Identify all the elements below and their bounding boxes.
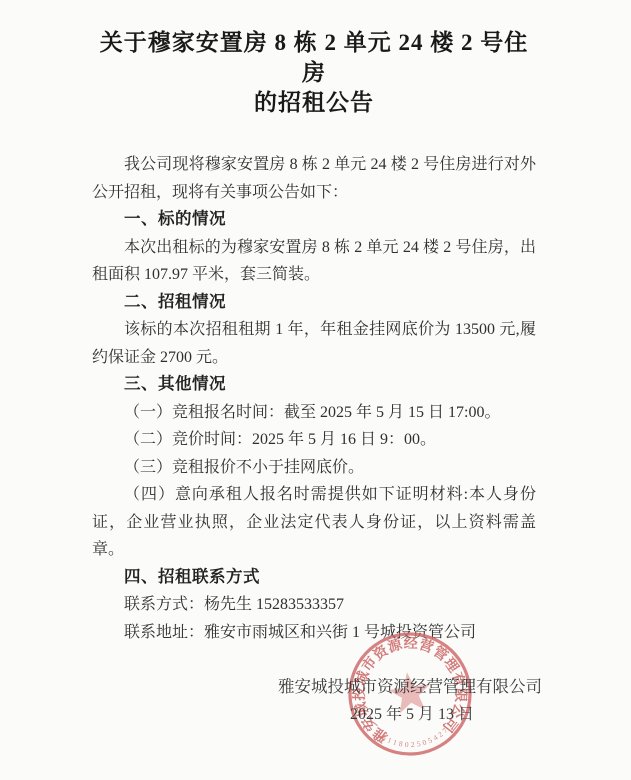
seal-serial-number: 511802505427 [379, 724, 453, 754]
page-title: 关于穆家安置房 8 栋 2 单元 24 楼 2 号住房 的招租公告 [92, 28, 536, 118]
announcement-document: 关于穆家安置房 8 栋 2 单元 24 楼 2 号住房 的招租公告 我公司现将穆… [0, 0, 631, 780]
contact-address-line: 联系地址：雅安市雨城区和兴街 1 号城投资管公司 [92, 619, 536, 647]
contact-phone-line: 联系方式：杨先生 15283533357 [92, 591, 536, 619]
intro-paragraph: 我公司现将穆家安置房 8 栋 2 单元 24 楼 2 号住房进行对外公开招租，现… [92, 151, 536, 206]
section-1-heading: 一、标的情况 [92, 206, 536, 234]
section-4-heading: 四、招租联系方式 [92, 564, 536, 592]
section-2-heading: 二、招租情况 [92, 289, 536, 317]
section-3-heading: 三、其他情况 [92, 371, 536, 399]
section-3-item-1: （一）竞租报名时间：截至 2025 年 5 月 15 日 17:00。 [92, 399, 536, 427]
section-1-paragraph: 本次出租标的为穆家安置房 8 栋 2 单元 24 楼 2 号住房，出租面积 10… [92, 234, 536, 289]
section-3-item-2: （二）竞价时间：2025 年 5 月 16 日 9：00。 [92, 426, 536, 454]
title-line-1: 关于穆家安置房 8 栋 2 单元 24 楼 2 号住房 [92, 28, 536, 88]
section-3-item-3: （三）竞租报价不小于挂网底价。 [92, 454, 536, 482]
document-content: 关于穆家安置房 8 栋 2 单元 24 楼 2 号住房 的招租公告 我公司现将穆… [92, 28, 536, 646]
signature-company-name: 雅安城投城市资源经营管理有限公司 [278, 674, 542, 700]
section-2-paragraph: 该标的本次招租租期 1 年，年租金挂网底价为 13500 元,履约保证金 270… [92, 316, 536, 371]
section-3-item-4: （四）意向承租人报名时需提供如下证明材料:本人身份证，企业营业执照，企业法定代表… [92, 481, 536, 564]
title-line-2: 的招租公告 [92, 88, 536, 118]
svg-text:511802505427: 511802505427 [379, 724, 453, 754]
signature-date: 2025 年 5 月 13 日 [350, 702, 474, 728]
